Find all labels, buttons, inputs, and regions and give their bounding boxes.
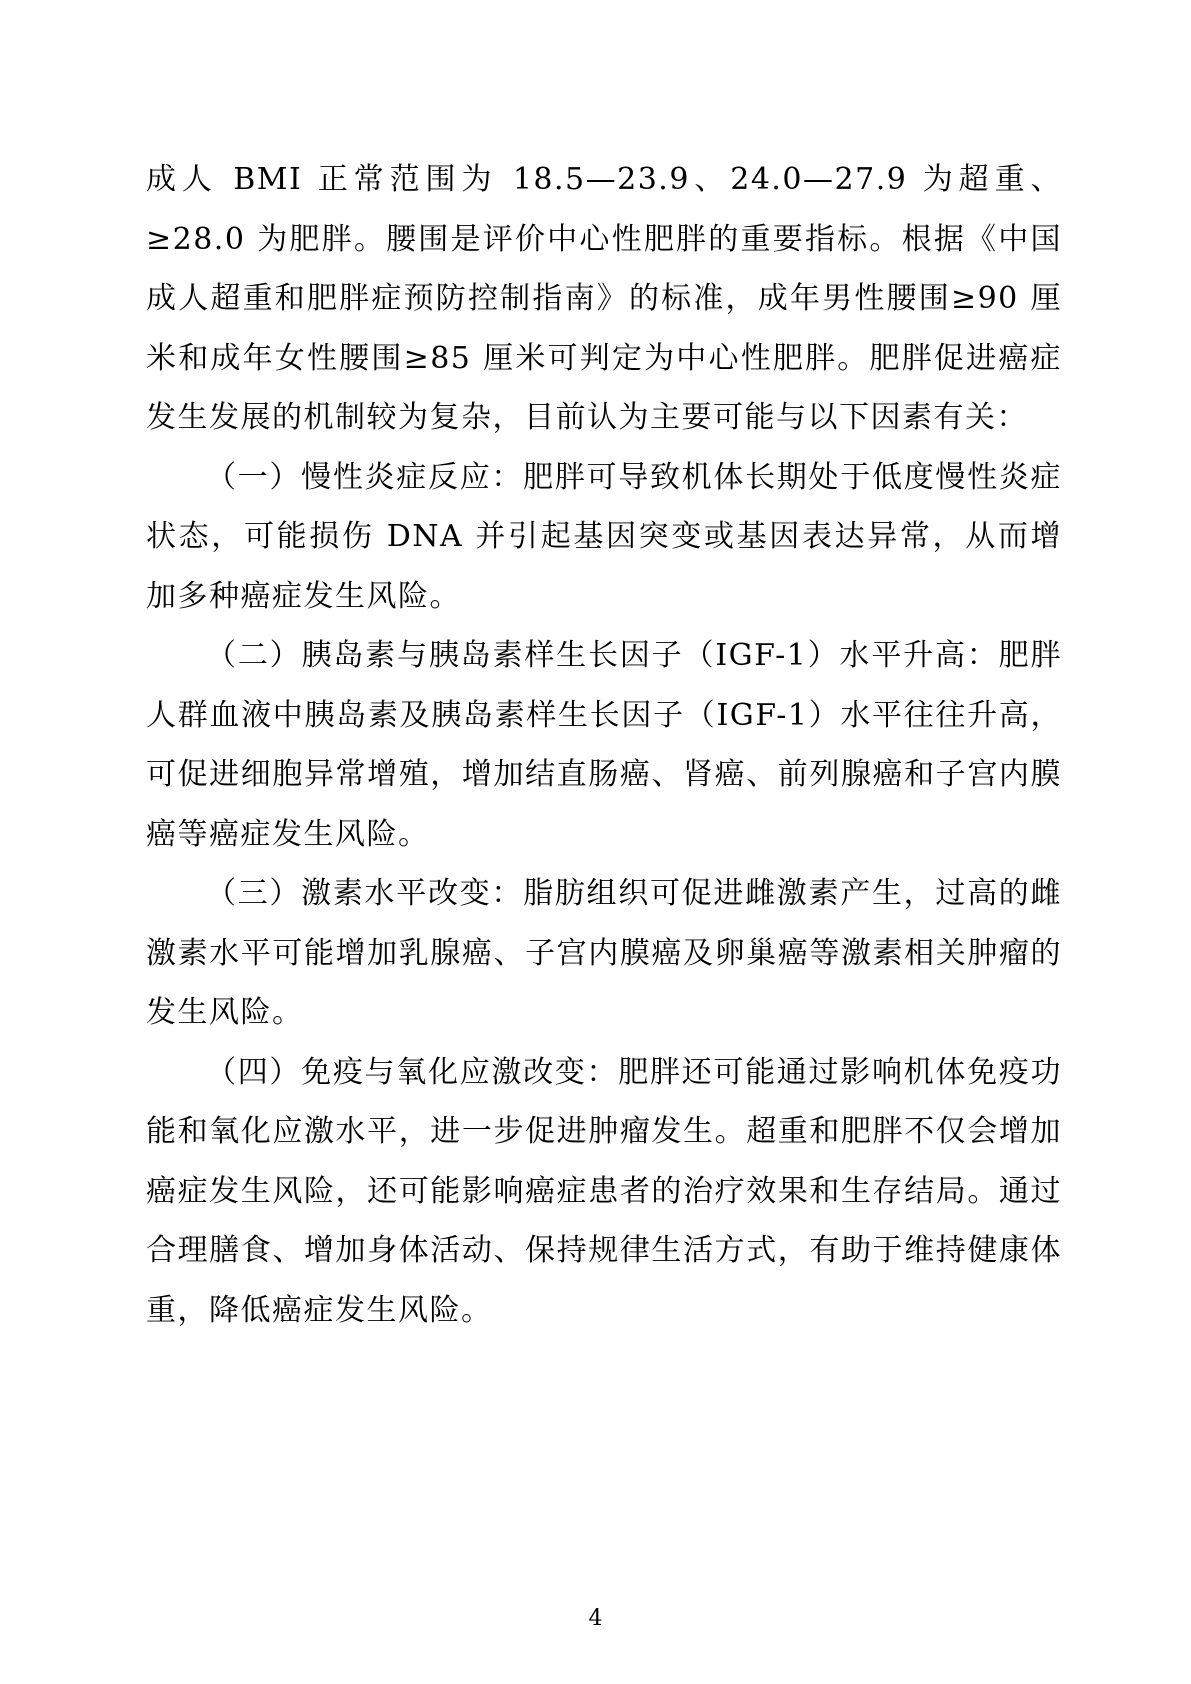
document-body: 成人 BMI 正常范围为 18.5—23.9、24.0—27.9 为超重、≥28… [146, 150, 1062, 1340]
paragraph-item-3-hormone-levels: （三）激素水平改变：脂肪组织可促进雌激素产生，过高的雌激素水平可能增加乳腺癌、子… [146, 864, 1062, 1043]
paragraph-item-4-immune-oxidative: （四）免疫与氧化应激改变：肥胖还可能通过影响机体免疫功能和氧化应激水平，进一步促… [146, 1043, 1062, 1341]
document-page: 成人 BMI 正常范围为 18.5—23.9、24.0—27.9 为超重、≥28… [0, 0, 1191, 1684]
paragraph-item-1-chronic-inflammation: （一）慢性炎症反应：肥胖可导致机体长期处于低度慢性炎症状态，可能损伤 DNA 并… [146, 448, 1062, 627]
page-number: 4 [0, 1602, 1191, 1636]
paragraph-item-2-insulin-igf1: （二）胰岛素与胰岛素样生长因子（IGF-1）水平升高：肥胖人群血液中胰岛素及胰岛… [146, 626, 1062, 864]
paragraph-intro-bmi: 成人 BMI 正常范围为 18.5—23.9、24.0—27.9 为超重、≥28… [146, 150, 1062, 448]
